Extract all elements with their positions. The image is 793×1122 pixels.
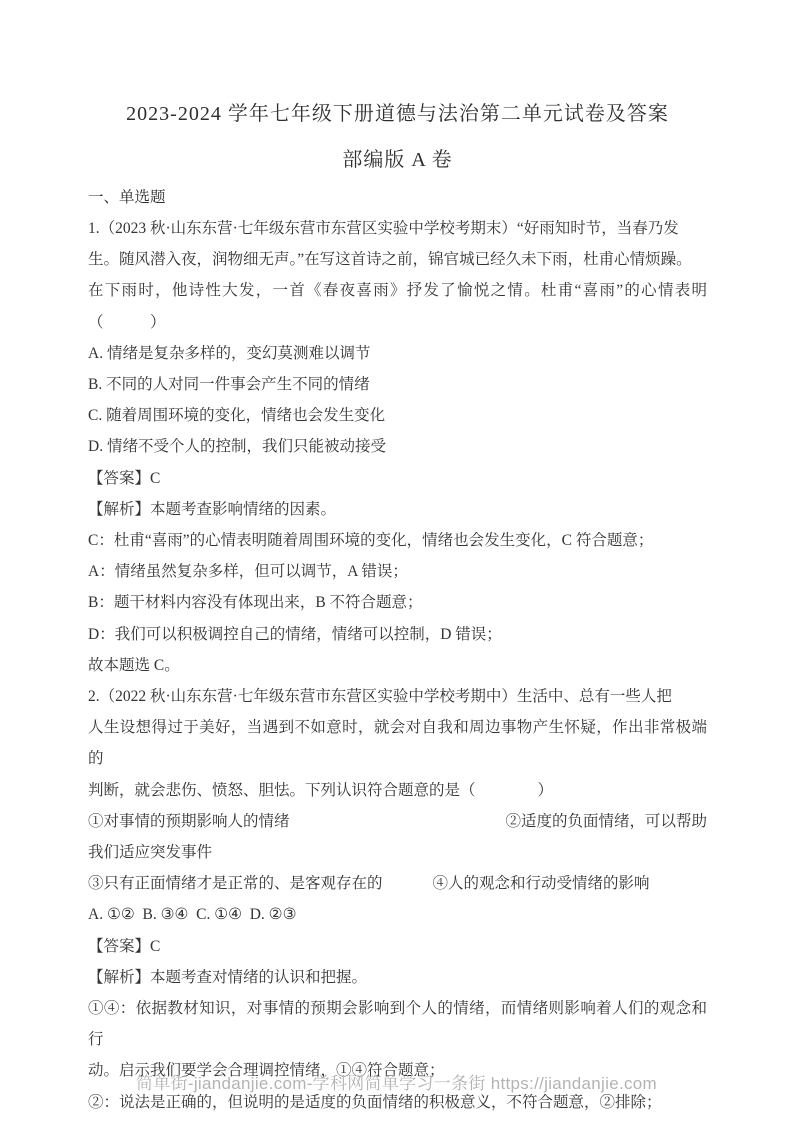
- q1-analysis-line-4: B：题干材料内容没有体现出来，B 不符合题意；: [88, 587, 707, 618]
- q2-statement-2-part-2: 我们适应突发事件: [88, 837, 707, 868]
- q2-stem-line-3: 判断，就会悲伤、愤怒、胆怯。下列认识符合题意的是（ ）: [88, 775, 707, 806]
- q2-statement-3: ③只有正面情绪才是正常的、是客观存在的: [88, 868, 383, 899]
- document-title-line-2: 部编版 A 卷: [88, 145, 707, 175]
- q2-choices-line: A. ①② B. ③④ C. ①④ D. ②③: [88, 899, 707, 930]
- q1-option-b: B. 不同的人对同一件事会产生不同的情绪: [88, 369, 707, 400]
- q2-stem-line-2: 人生设想得过于美好，当遇到不如意时，就会对自我和周边事物产生怀疑，作出非常极端的: [88, 712, 707, 774]
- q2-statement-2-part-1: ②适度的负面情绪，可以帮助: [505, 806, 707, 837]
- question-2: 2.（2022 秋·山东东营·七年级东营市东营区实验中学校考期中）生活中、总有一…: [88, 681, 707, 1118]
- q1-stem-line-2: 生。随风潜入夜，润物细无声。”在写这首诗之前，锦官城已经久未下雨，杜甫心情烦躁。: [88, 244, 707, 275]
- document-content: 2023-2024 学年七年级下册道德与法治第二单元试卷及答案 部编版 A 卷 …: [88, 0, 707, 1118]
- q1-option-a: A. 情绪是复杂多样的，变幻莫测难以调节: [88, 338, 707, 369]
- q2-analysis-line-2: ①④：依据教材知识，对事情的预期会影响到个人的情绪，而情绪则影响着人们的观念和行: [88, 993, 707, 1055]
- section-heading-single-choice: 一、单选题: [88, 182, 707, 213]
- q1-analysis-line-1: 【解析】本题考查影响情绪的因素。: [88, 494, 707, 525]
- q1-answer: 【答案】C: [88, 463, 707, 494]
- question-1: 1.（2023 秋·山东东营·七年级东营市东营区实验中学校考期末）“好雨知时节，…: [88, 213, 707, 681]
- q1-stem-line-1: 1.（2023 秋·山东东营·七年级东营市东营区实验中学校考期末）“好雨知时节，…: [88, 213, 707, 244]
- q2-statement-1: ①对事情的预期影响人的情绪: [88, 806, 290, 837]
- q1-conclusion: 故本题选 C。: [88, 650, 707, 681]
- document-title-line-1: 2023-2024 学年七年级下册道德与法治第二单元试卷及答案: [88, 99, 707, 129]
- q2-statements-row-1: ①对事情的预期影响人的情绪 ②适度的负面情绪，可以帮助: [88, 806, 707, 837]
- q2-answer: 【答案】C: [88, 931, 707, 962]
- q1-analysis-line-2: C：杜甫“喜雨”的心情表明随着周围环境的变化，情绪也会发生变化，C 符合题意；: [88, 525, 707, 556]
- q2-statement-4: ④人的观念和行动受情绪的影响: [433, 868, 650, 899]
- q1-stem-line-3: 在下雨时，他诗性大发，一首《春夜喜雨》抒发了愉悦之情。杜甫“喜雨”的心情表明（ …: [88, 275, 707, 337]
- footer-site-text: 简单街-jiandanjie.com-学科网简单学习一条街 https://ji…: [0, 1069, 793, 1094]
- q1-analysis-line-3: A：情绪虽然复杂多样，但可以调节，A 错误；: [88, 556, 707, 587]
- exam-document-page: 2023-2024 学年七年级下册道德与法治第二单元试卷及答案 部编版 A 卷 …: [0, 0, 793, 1122]
- q2-statements-row-2: ③只有正面情绪才是正常的、是客观存在的 ④人的观念和行动受情绪的影响: [88, 868, 707, 899]
- q1-option-d: D. 情绪不受个人的控制，我们只能被动接受: [88, 431, 707, 462]
- q1-analysis-line-5: D：我们可以积极调控自己的情绪，情绪可以控制，D 错误；: [88, 619, 707, 650]
- q2-analysis-line-1: 【解析】本题考查对情绪的认识和把握。: [88, 962, 707, 993]
- q2-stem-line-1: 2.（2022 秋·山东东营·七年级东营市东营区实验中学校考期中）生活中、总有一…: [88, 681, 707, 712]
- q1-option-c: C. 随着周围环境的变化，情绪也会发生变化: [88, 400, 707, 431]
